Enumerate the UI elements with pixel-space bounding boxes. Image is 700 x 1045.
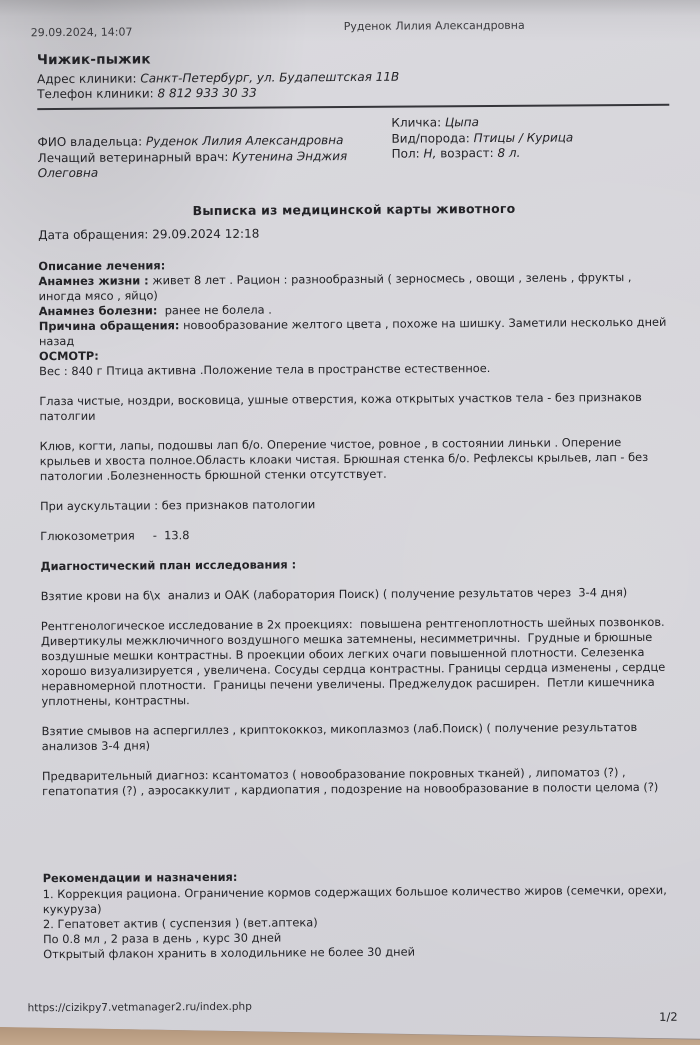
- paragraph-text: Глаза чистые, ноздри, восковица, ушные о…: [39, 389, 645, 422]
- paragraph: Вес : 840 г Птица активна .Положение тел…: [39, 359, 671, 378]
- paragraph: Клюв, когти, лапы, подошвы лап б/о. Опер…: [40, 434, 672, 483]
- patient-info-section: ФИО владельца: Руденок Лилия Александров…: [37, 114, 669, 182]
- owner-label: ФИО владельца:: [37, 134, 142, 149]
- age-label: возраст:: [440, 146, 494, 160]
- recommendation-text: Открытый флакон хранить в холодильнике н…: [43, 944, 415, 961]
- pet-column: Кличка: Цыпа Вид/порода: Птицы / Курица …: [391, 114, 573, 179]
- treatment-description: Описание лечения:Анамнез жизни : живет 8…: [38, 254, 674, 798]
- recommendation-text: По 0.8 мл , 2 раза в день , курс 30 дней: [43, 930, 281, 946]
- print-owner-name: Руденок Лилия Александровна: [344, 19, 525, 33]
- paragraph-lead: Диагностический план исследования :: [40, 557, 296, 573]
- recommendations-section: Рекомендации и назначения: 1. Коррекция …: [43, 866, 676, 961]
- nickname-label: Кличка:: [391, 115, 441, 129]
- clinic-phone-row: Телефон клиники: 8 812 933 30 33: [37, 83, 669, 102]
- document-content: 29.09.2024, 14:07 Руденок Лилия Александ…: [0, 0, 700, 1045]
- recommendation-line: 1. Коррекция рациона. Ограничение кормов…: [43, 882, 675, 916]
- sex-value: Н,: [423, 146, 436, 160]
- paragraph-text: Глюкозометрия - 13.8: [40, 528, 189, 543]
- pet-species-row: Вид/порода: Птицы / Курица: [391, 130, 573, 147]
- clinic-name: Чижик-пыжик: [37, 49, 669, 68]
- header-divider: [37, 104, 669, 110]
- paragraph-text: Рентгенологическое исследование в 2х про…: [41, 614, 669, 707]
- footer-url: https://cizikpy7.vetmanager2.ru/index.ph…: [28, 1001, 252, 1015]
- page-number: 1/2: [659, 1010, 678, 1024]
- species-label: Вид/порода:: [391, 131, 469, 146]
- paragraph: Причина обращения: новообразование желто…: [39, 314, 671, 348]
- clinic-address-value: Санкт-Петербург, ул. Будапештская 11В: [140, 70, 399, 86]
- visit-date-value: 29.09.2024 12:18: [152, 226, 259, 241]
- paragraph: Анамнез жизни : живет 8 лет . Рацион : р…: [38, 269, 670, 303]
- pet-sex-age-row: Пол: Н, возраст: 8 л.: [392, 145, 574, 162]
- pet-nickname-row: Кличка: Цыпа: [391, 114, 573, 131]
- clinic-phone-label: Телефон клиники:: [37, 86, 154, 101]
- paragraph: При аускультации : без признаков патолог…: [40, 494, 672, 513]
- recommendation-text: 1. Коррекция рациона. Ограничение кормов…: [43, 882, 674, 915]
- sex-label: Пол:: [392, 147, 420, 161]
- vet-label: Лечащий ветеринарный врач:: [38, 149, 229, 164]
- clinic-block: Чижик-пыжик Адрес клиники: Санкт-Петербу…: [37, 49, 669, 102]
- age-value: 8 л.: [497, 146, 520, 160]
- paragraph: Глаза чистые, ноздри, восковица, ушные о…: [39, 389, 671, 423]
- paragraph-text: Предварительный диагноз: ксантоматоз ( н…: [42, 765, 658, 798]
- recommendation-line: Открытый флакон хранить в холодильнике н…: [43, 942, 675, 961]
- nickname-value: Цыпа: [445, 115, 479, 129]
- owner-value: Руденок Лилия Александровна: [146, 133, 344, 148]
- paragraph-lead: Причина обращения:: [39, 318, 180, 333]
- visit-date-row: Дата обращения: 29.09.2024 12:18: [38, 223, 670, 241]
- visit-date-label: Дата обращения:: [38, 227, 148, 242]
- print-datetime: 29.09.2024, 14:07: [31, 26, 133, 40]
- clinic-address-label: Адрес клиники:: [37, 71, 136, 86]
- paragraph-text: Вес : 840 г Птица активна .Положение тел…: [39, 361, 490, 378]
- document-title: Выписка из медицинской карты животного: [38, 199, 670, 218]
- recommendations-list: 1. Коррекция рациона. Ограничение кормов…: [43, 882, 676, 961]
- paragraph-text: При аускультации : без признаков патолог…: [40, 497, 315, 513]
- paragraph: Рентгенологическое исследование в 2х про…: [41, 614, 674, 708]
- clinic-phone-value: 8 812 933 30 33: [157, 86, 256, 101]
- paragraph-text: Взятие смывов на аспергиллез , криптокок…: [42, 719, 641, 752]
- paragraph-text: Клюв, когти, лапы, подошвы лап б/о. Опер…: [40, 435, 652, 483]
- species-value: Птицы / Курица: [474, 130, 574, 145]
- paragraph-text: Взятие крови на б\х анализ и ОАК (лабора…: [41, 585, 628, 603]
- paragraph-lead: Анамнез болезни:: [39, 303, 158, 318]
- paragraph-text: ранее не болела .: [157, 302, 272, 317]
- recommendation-text: 2. Гепатовет актив ( суспензия ) (вет.ап…: [43, 915, 318, 931]
- paragraph: Предварительный диагноз: ксантоматоз ( н…: [42, 764, 674, 798]
- paragraph: Глюкозометрия - 13.8: [40, 524, 672, 543]
- paragraph-lead: ОСМОТР:: [39, 348, 99, 362]
- paragraph: Взятие смывов на аспергиллез , криптокок…: [42, 719, 674, 753]
- print-meta-row: 29.09.2024, 14:07 Руденок Лилия Александ…: [37, 22, 669, 41]
- paragraph: Взятие крови на б\х анализ и ОАК (лабора…: [41, 584, 673, 603]
- veterinary-discharge-photo: 29.09.2024, 14:07 Руденок Лилия Александ…: [0, 0, 700, 1045]
- paragraph: Диагностический план исследования :: [40, 554, 672, 573]
- paragraph-lead: Анамнез жизни :: [38, 273, 148, 288]
- paragraph-lead: Описание лечения:: [38, 258, 165, 273]
- owner-vet-column: ФИО владельца: Руденок Лилия Александров…: [37, 116, 389, 182]
